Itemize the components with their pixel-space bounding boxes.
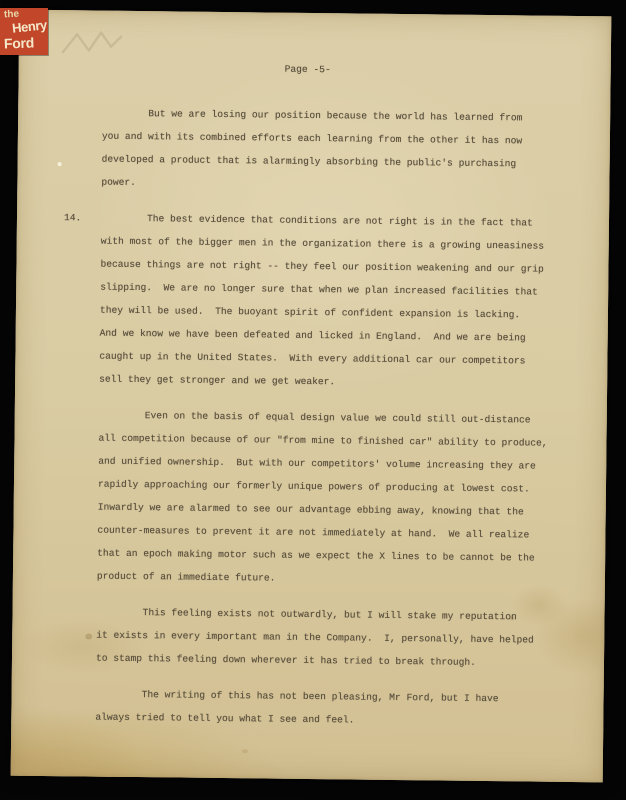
- page-number: Page -5-: [73, 55, 543, 83]
- logo-word-henry: Henry: [11, 17, 47, 36]
- typewritten-content: Page -5- But we are losing our position …: [11, 10, 612, 783]
- section-number: 14.: [64, 206, 82, 229]
- paragraph: This feeling exists not outwardly, but I…: [96, 601, 567, 675]
- paragraph: But we are losing our position because t…: [101, 102, 572, 199]
- document-page: Page -5- But we are losing our position …: [11, 10, 612, 783]
- scan-background: Page -5- But we are losing our position …: [0, 0, 626, 800]
- paragraph: 14. The best evidence that conditions ar…: [99, 207, 571, 396]
- logo-word-ford: Ford: [4, 34, 34, 51]
- paragraph: Even on the basis of equal design value …: [97, 404, 569, 593]
- paragraph: The writing of this has not been pleasin…: [95, 683, 565, 734]
- logo-word-the: the: [4, 9, 20, 21]
- document-body: But we are losing our position because t…: [95, 102, 572, 734]
- henry-ford-logo: the Henry Ford: [0, 8, 48, 55]
